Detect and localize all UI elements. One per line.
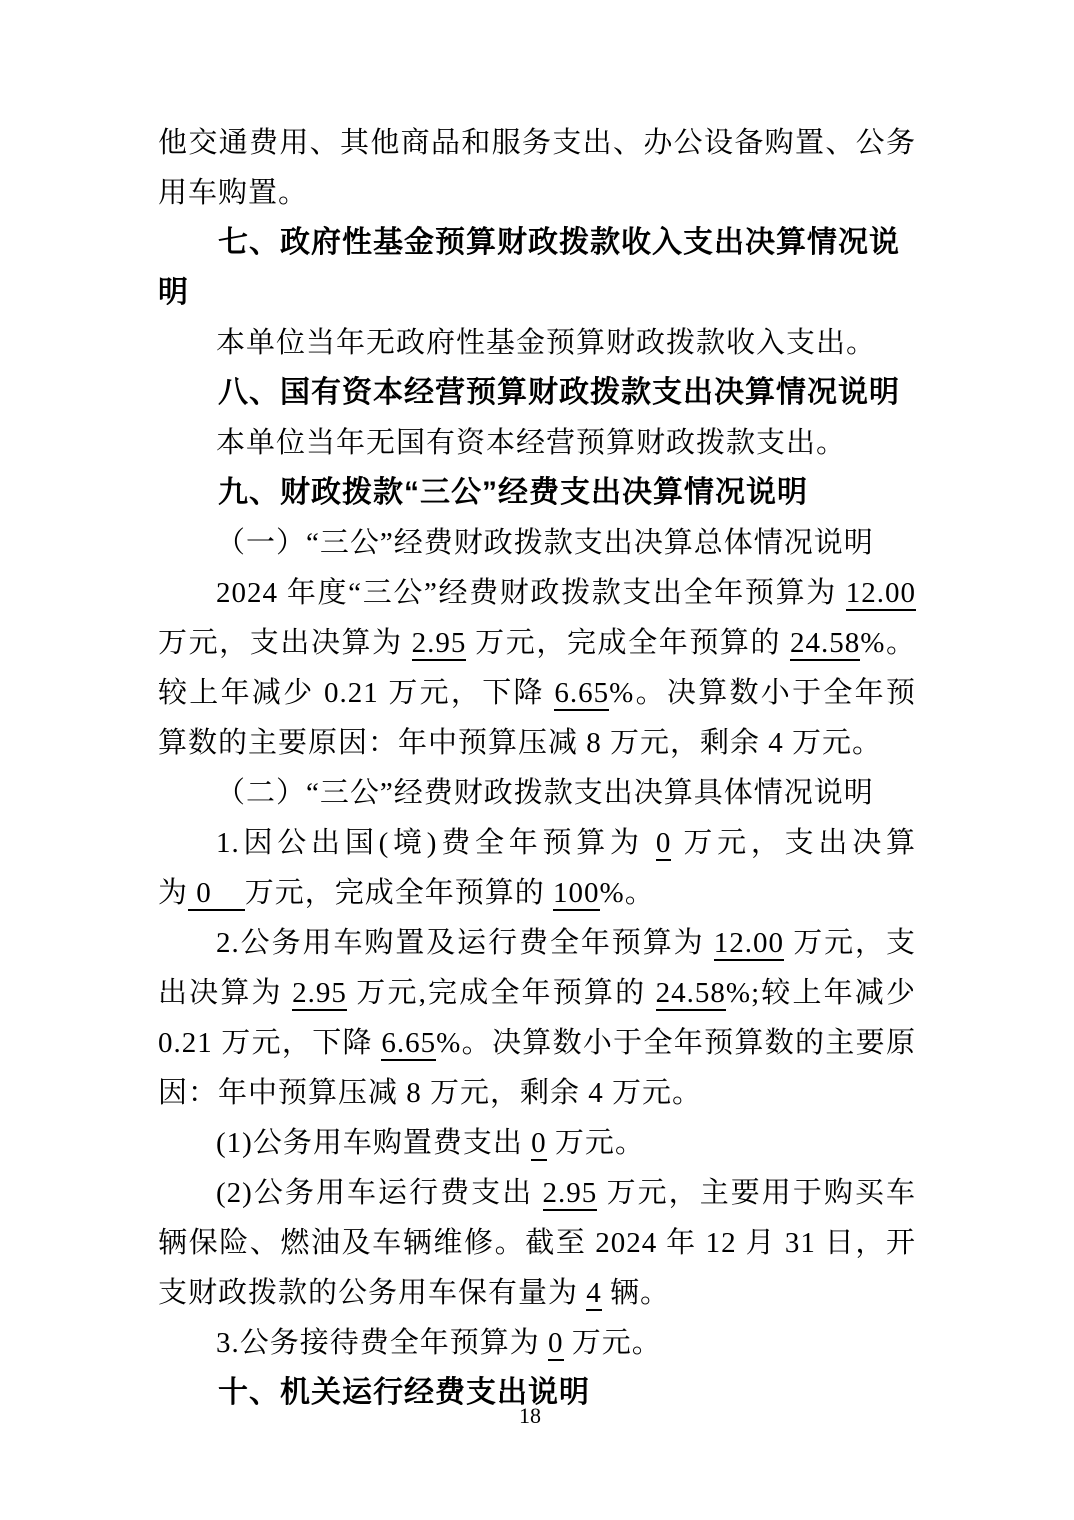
para-vehicle-operation: (2)公务用车运行费支出 2.95 万元，主要用于购买车辆保险、燃油及车辆维修。… [158, 1168, 916, 1318]
underlined-value: 0 [656, 827, 672, 861]
underlined-value: 0 [548, 1327, 564, 1361]
text-run: 1.因公出国(境)费全年预算为 [216, 827, 656, 859]
text-run: 2024 年度“三公”经费财政拨款支出全年预算为 [216, 577, 846, 609]
underlined-value: 6.65 [381, 1027, 436, 1061]
heading-section-8: 八、国有资本经营预算财政拨款支出决算情况说明 [158, 368, 916, 418]
para-vehicle-total: 2.公务用车购置及运行费全年预算为 12.00 万元，支出决算为 2.95 万元… [158, 918, 916, 1118]
para-vehicle-purchase: (1)公务用车购置费支出 0 万元。 [158, 1118, 916, 1168]
text-run: (1)公务用车购置费支出 [216, 1127, 531, 1159]
para-reception-fee: 3.公务接待费全年预算为 0 万元。 [158, 1318, 916, 1368]
text-run: （二）“三公”经费财政拨款支出决算具体情况说明 [216, 777, 874, 809]
text-run: 2.公务用车购置及运行费全年预算为 [216, 927, 714, 959]
underlined-value: 2.95 [543, 1177, 598, 1211]
text-run: 七、政府性基金预算财政拨款收入支出决算情况说明 [158, 226, 900, 309]
para-no-govfund: 本单位当年无政府性基金预算财政拨款收入支出。 [158, 318, 916, 368]
text-run: 万元，支出决算为 [158, 627, 412, 659]
underlined-value: 24.58 [790, 627, 860, 661]
text-run: 他交通费用、其他商品和服务支出、办公设备购置、公务用车购置。 [158, 127, 916, 209]
underlined-value: 2.95 [412, 627, 467, 661]
subheading-specific: （二）“三公”经费财政拨款支出决算具体情况说明 [158, 768, 916, 818]
para-carryover: 他交通费用、其他商品和服务支出、办公设备购置、公务用车购置。 [158, 118, 916, 218]
text-run: 八、国有资本经营预算财政拨款支出决算情况说明 [218, 376, 900, 409]
text-run: 九、财政拨款“三公”经费支出决算情况说明 [218, 476, 808, 509]
heading-section-9: 九、财政拨款“三公”经费支出决算情况说明 [158, 468, 916, 518]
document-body: 他交通费用、其他商品和服务支出、办公设备购置、公务用车购置。七、政府性基金预算财… [158, 118, 916, 1418]
underlined-value: 12.00 [846, 577, 916, 611]
underlined-value: 4 [586, 1277, 602, 1311]
text-run: %。 [600, 877, 655, 909]
text-run: 万元。 [564, 1327, 662, 1359]
underlined-value: 6.65 [554, 677, 609, 711]
text-run: 万元，完成全年预算的 [466, 627, 790, 659]
text-run: 本单位当年无政府性基金预算财政拨款收入支出。 [216, 327, 876, 359]
text-run: 3.公务接待费全年预算为 [216, 1327, 548, 1359]
para-no-statecapital: 本单位当年无国有资本经营预算财政拨款支出。 [158, 418, 916, 468]
underlined-value: 2.95 [292, 977, 347, 1011]
subheading-overall: （一）“三公”经费财政拨款支出决算总体情况说明 [158, 518, 916, 568]
page-footer: 18 [0, 1398, 1060, 1434]
text-run: 万元,完成全年预算的 [347, 977, 656, 1009]
para-overall-detail: 2024 年度“三公”经费财政拨款支出全年预算为 12.00 万元，支出决算为 … [158, 568, 916, 768]
underlined-value: 100 [553, 877, 600, 911]
document-page: { "page": { "background_color": "#ffffff… [0, 0, 1074, 1520]
heading-section-7: 七、政府性基金预算财政拨款收入支出决算情况说明 [158, 218, 916, 318]
page-number: 18 [519, 1403, 541, 1428]
underlined-value: 12.00 [714, 927, 784, 961]
text-run: 辆。 [602, 1277, 670, 1309]
underlined-value: 0 [531, 1127, 547, 1161]
text-run: 万元。 [547, 1127, 645, 1159]
underlined-value: 24.58 [656, 977, 726, 1011]
text-run: 万元，完成全年预算的 [245, 877, 553, 909]
text-run: 本单位当年无国有资本经营预算财政拨款支出。 [216, 427, 846, 459]
underlined-value: 0 [188, 877, 245, 911]
para-abroad-fee: 1.因公出国(境)费全年预算为 0 万元，支出决算为 0 万元，完成全年预算的 … [158, 818, 916, 918]
text-run: (2)公务用车运行费支出 [216, 1177, 543, 1209]
text-run: （一）“三公”经费财政拨款支出决算总体情况说明 [216, 527, 874, 559]
